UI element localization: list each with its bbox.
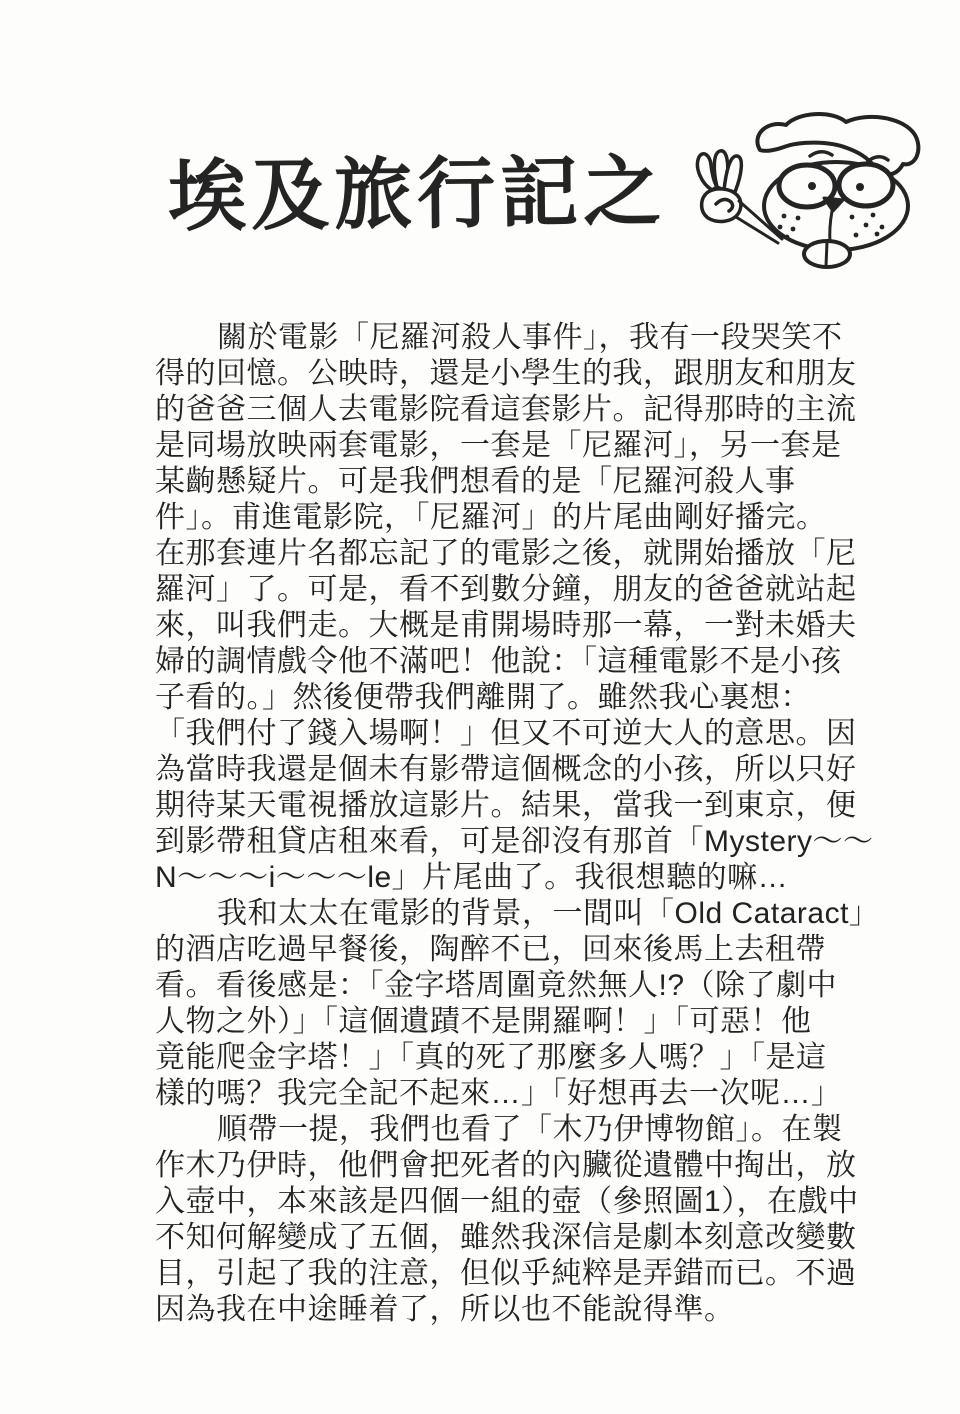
text-line: 得的回憶。公映時，還是小學生的我，跟朋友和朋友 [155, 356, 871, 392]
text-line: 關於電影「尼羅河殺人事件」，我有一段哭笑不 [155, 320, 871, 356]
text-line: 的酒店吃過早餐後，陶醉不已，回來後馬上去租帶 [155, 932, 871, 968]
dog-doodle-illustration [680, 108, 932, 300]
text-line: 期待某天電視播放這影片。結果，當我一到東京，便 [155, 788, 871, 824]
text-line: 某齣懸疑片。可是我們想看的是「尼羅河殺人事 [155, 464, 871, 500]
dog-tongue [804, 241, 850, 267]
page-title: 埃及旅行記之 [167, 129, 666, 246]
text-line: 羅河」了。可是，看不到數分鐘，朋友的爸爸就站起 [155, 572, 871, 608]
text-line: 的爸爸三個人去電影院看這套影片。記得那時的主流 [155, 392, 871, 428]
text-line: 人物之外）」「這個遺蹟不是開羅啊！」「可惡！他 [155, 1004, 871, 1040]
text-line: 順帶一提，我們也看了「木乃伊博物館」。在製 [155, 1112, 871, 1148]
text-line: 到影帶租貸店租來看，可是卻沒有那首「Mystery～～ [155, 824, 871, 860]
text-line: 作木乃伊時，他們會把死者的內臟從遺體中掏出，放 [155, 1148, 871, 1184]
text-line: 來，叫我們走。大概是甫開場時那一幕，一對未婚夫 [155, 608, 871, 644]
text-line: 在那套連片名都忘記了的電影之後，就開始播放「尼 [155, 536, 871, 572]
text-line: 竟能爬金字塔！」「真的死了那麼多人嗎？」「是這 [155, 1040, 871, 1076]
text-line: 樣的嗎？我完全記不起來…」「好想再去一次呢…」 [155, 1076, 871, 1112]
body-text: 關於電影「尼羅河殺人事件」，我有一段哭笑不得的回憶。公映時，還是小學生的我，跟朋… [155, 320, 871, 1328]
text-line: 目，引起了我的注意，但似乎純粹是弄錯而已。不過 [155, 1256, 871, 1292]
text-line: 入壺中，本來該是四個一組的壺（參照圖1），在戲中 [155, 1184, 871, 1220]
text-line: 是同場放映兩套電影，一套是「尼羅河」，另一套是 [155, 428, 871, 464]
text-line: 為當時我還是個未有影帶這個概念的小孩，所以只好 [155, 752, 871, 788]
text-line: 看。看後感是：「金字塔周圍竟然無人!?（除了劇中 [155, 968, 871, 1004]
text-line: 子看的。」然後便帶我們離開了。雖然我心裏想： [155, 680, 871, 716]
text-line: 婦的調情戲令他不滿吧！他說：「這種電影不是小孩 [155, 644, 871, 680]
text-line: N～～～i～～～le」片尾曲了。我很想聽的嘛… [155, 860, 871, 896]
text-line: 因為我在中途睡着了，所以也不能說得準。 [155, 1292, 871, 1328]
text-line: 件」。甫進電影院，「尼羅河」的片尾曲剛好播完。 [155, 500, 871, 536]
text-line: 「我們付了錢入場啊！」但又不可逆大人的意思。因 [155, 716, 871, 752]
text-line: 不知何解變成了五個，雖然我深信是劇本刻意改變數 [155, 1220, 871, 1256]
text-line: 我和太太在電影的背景，一間叫「Old Cataract」 [155, 896, 871, 932]
